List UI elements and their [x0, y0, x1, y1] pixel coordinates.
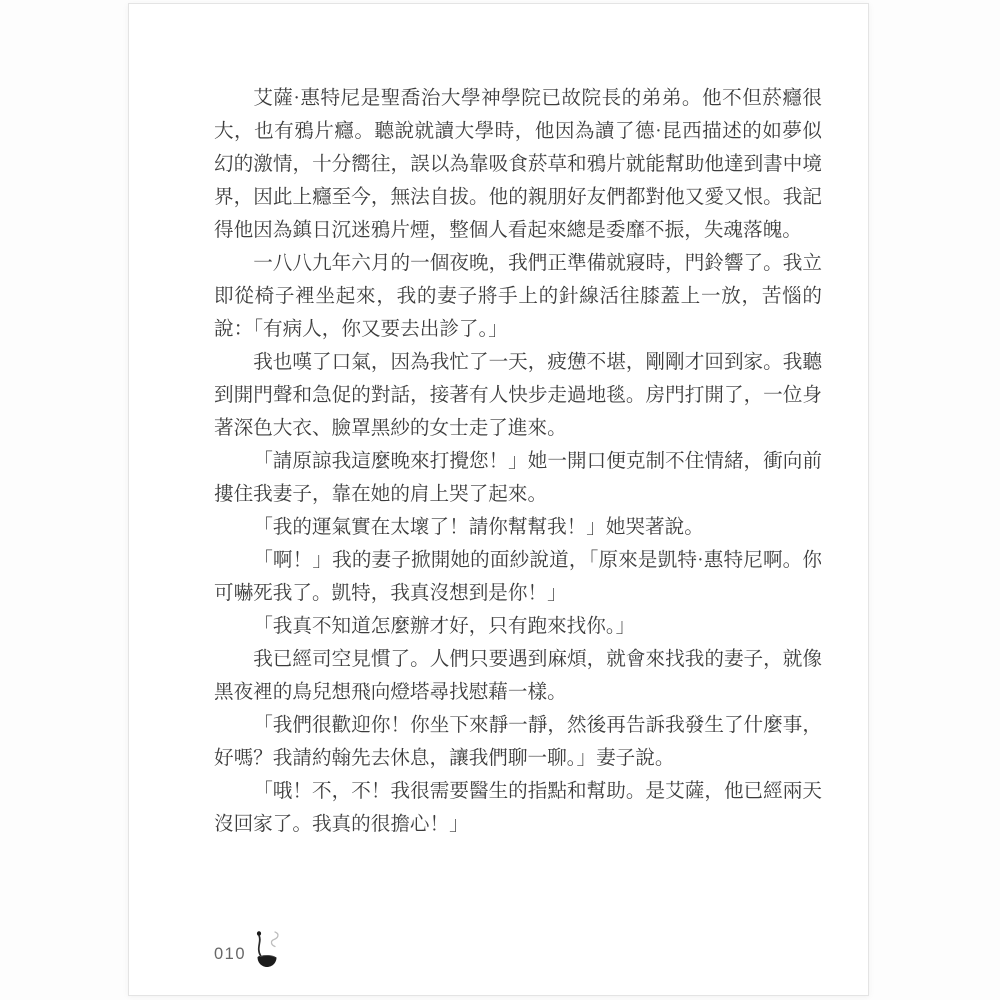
paragraph: 一八八九年六月的一個夜晚，我們正準備就寢時，門鈴響了。我立即從椅子裡坐起來，我的…: [214, 247, 822, 346]
page-number: 010: [214, 936, 246, 963]
paragraph: 我已經司空見慣了。人們只要遇到麻煩，就會來找我的妻子，就像黑夜裡的鳥兒想飛向燈塔…: [214, 643, 822, 709]
paragraph: 「啊！」我的妻子掀開她的面紗說道，「原來是凱特·惠特尼啊。你可嚇死我了。凱特，我…: [214, 544, 822, 610]
page-footer: 010: [214, 929, 283, 969]
paragraph: 「請原諒我這麼晚來打攪您！」她一開口便克制不住情緒，衝向前摟住我妻子，靠在她的肩…: [214, 445, 822, 511]
paragraph: 「我的運氣實在太壞了！請你幫幫我！」她哭著說。: [214, 511, 822, 544]
smoking-pipe-icon: [253, 929, 283, 969]
paragraph: 「我們很歡迎你！你坐下來靜一靜，然後再告訴我發生了什麼事，好嗎？我請約翰先去休息…: [214, 709, 822, 775]
paragraph: 我也嘆了口氣，因為我忙了一天，疲憊不堪，剛剛才回到家。我聽到開門聲和急促的對話，…: [214, 346, 822, 445]
paragraph: 「我真不知道怎麼辦才好，只有跑來找你。」: [214, 610, 822, 643]
book-page: 艾薩·惠特尼是聖喬治大學神學院已故院長的弟弟。他不但菸癮很大，也有鴉片癮。聽說就…: [128, 3, 869, 996]
paragraph: 「哦！不，不！我很需要醫生的指點和幫助。是艾薩，他已經兩天沒回家了。我真的很擔心…: [214, 775, 822, 841]
story-text: 艾薩·惠特尼是聖喬治大學神學院已故院長的弟弟。他不但菸癮很大，也有鴉片癮。聽說就…: [214, 82, 822, 841]
paragraph: 艾薩·惠特尼是聖喬治大學神學院已故院長的弟弟。他不但菸癮很大，也有鴉片癮。聽說就…: [214, 82, 822, 247]
